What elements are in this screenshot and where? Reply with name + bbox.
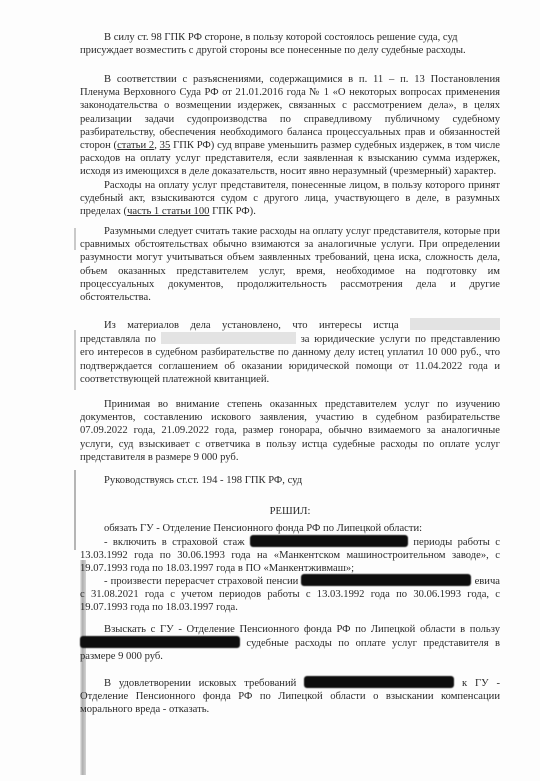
text: - произвести перерасчет страховой пенсии — [104, 576, 298, 587]
paragraph-text: Принимая во внимание степень оказанных п… — [80, 398, 500, 464]
law-link-article-2[interactable]: статьи 2 — [117, 140, 154, 151]
paragraph-court-assessment: Принимая во внимание степень оказанных п… — [80, 398, 500, 464]
paragraph-text: обязать ГУ - Отделение Пенсионного фонда… — [80, 522, 500, 535]
redacted-name — [80, 636, 240, 648]
paragraph-reasonableness: Разумными следует считать такие расходы … — [80, 225, 500, 304]
text: - включить в страховой стаж — [104, 537, 245, 548]
paragraph-include-periods: - включить в страховой стаж периоды рабо… — [80, 535, 500, 576]
text: Из материалов дела установлено, что инте… — [104, 320, 399, 331]
law-link-article-35[interactable]: 35 — [160, 140, 171, 151]
paragraph-text: Руководствуясь ст.ст. 194 - 198 ГПК РФ, … — [80, 474, 500, 487]
paragraph-line: В силу ст. 98 ГПК РФ стороне, в пользу к… — [80, 31, 500, 44]
text: представляла по — [80, 334, 156, 345]
paragraph-costs-article-98: В силу ст. 98 ГПК РФ стороне, в пользу к… — [80, 31, 500, 57]
redacted-name — [304, 676, 454, 688]
decision-heading: РЕШИЛ: — [80, 505, 500, 518]
redacted-name — [161, 332, 296, 344]
text: ГПК РФ). — [209, 206, 255, 217]
paragraph-representative-expenses: Расходы на оплату услуг представителя, п… — [80, 179, 500, 219]
redacted-name — [410, 318, 500, 330]
scan-edge-mark — [74, 330, 76, 390]
paragraph-obligation: обязать ГУ - Отделение Пенсионного фонда… — [80, 522, 500, 535]
paragraph-line: присуждает возместить с другой стороны в… — [80, 44, 500, 57]
text: Взыскать с ГУ - Отделение Пенсионного фо… — [104, 624, 500, 635]
scan-edge-mark — [74, 470, 76, 550]
paragraph-pension-recalculation: - произвести перерасчет страховой пенсии… — [80, 574, 500, 615]
law-link-article-100[interactable]: часть 1 статьи 100 — [127, 206, 209, 217]
redacted-name — [250, 535, 408, 547]
paragraph-refusal: В удовлетворении исковых требований к ГУ… — [80, 676, 500, 717]
paragraph-recover-costs: Взыскать с ГУ - Отделение Пенсионного фо… — [80, 623, 500, 664]
paragraph-plenum-clarifications: В соответствии с разъяснениями, содержащ… — [80, 73, 500, 179]
paragraph-case-materials: Из материалов дела установлено, что инте… — [80, 318, 500, 386]
paragraph-guided-by: Руководствуясь ст.ст. 194 - 198 ГПК РФ, … — [80, 474, 500, 487]
scanned-court-document: В силу ст. 98 ГПК РФ стороне, в пользу к… — [0, 0, 540, 781]
redacted-name — [301, 574, 471, 586]
paragraph-text: Разумными следует считать такие расходы … — [80, 225, 500, 304]
text: В удовлетворении исковых требований — [104, 678, 296, 689]
scan-edge-mark — [74, 228, 76, 250]
